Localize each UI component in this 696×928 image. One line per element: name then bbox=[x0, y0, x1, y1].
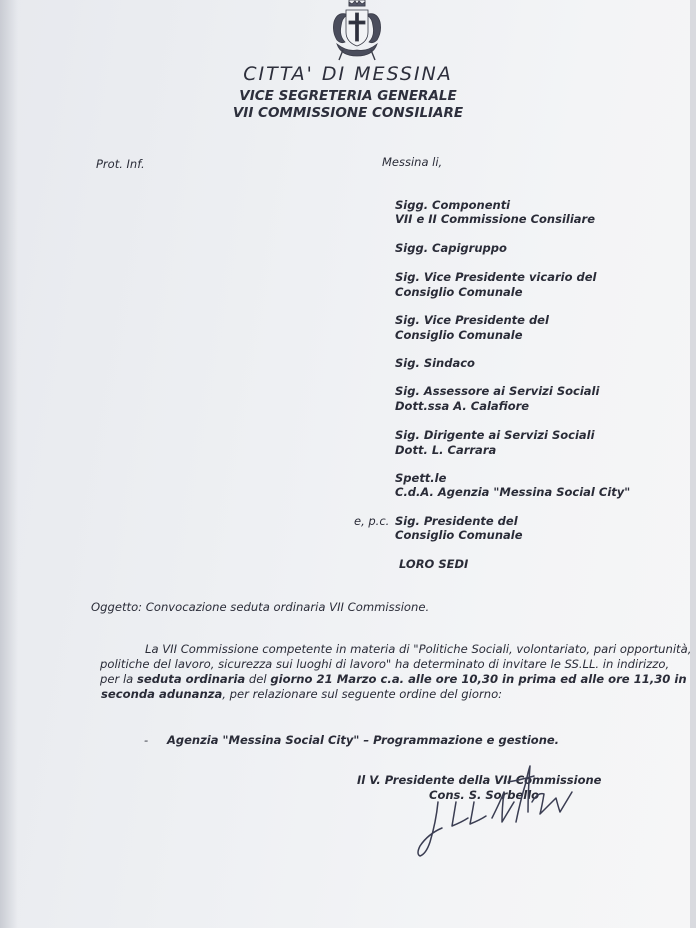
body-line-1: La VII Commissione competente in materia… bbox=[145, 642, 691, 656]
page-shadow-left bbox=[0, 0, 18, 928]
cc-prefix: e, p.c. bbox=[354, 514, 389, 528]
body-line-2: politiche del lavoro, sicurezza sui luog… bbox=[100, 657, 669, 671]
subject-line: Oggetto: Convocazione seduta ordinaria V… bbox=[91, 600, 429, 614]
page-edge-right bbox=[690, 0, 696, 928]
city-coat-of-arms-icon bbox=[329, 0, 385, 62]
cc-line: Sig. Presidente del bbox=[395, 514, 518, 528]
recipient-line: Consiglio Comunale bbox=[395, 328, 523, 342]
recipient-line: Sig. Assessore ai Servizi Sociali bbox=[395, 384, 599, 398]
body-line-4: seconda adunanza, per relazionare sul se… bbox=[101, 687, 502, 701]
recipient-line: Dott. L. Carrara bbox=[395, 443, 496, 457]
recipient-line: VII e II Commissione Consiliare bbox=[395, 212, 595, 226]
recipient-line: Sig. Vice Presidente vicario del bbox=[395, 270, 596, 284]
recipient-line: Spett.le bbox=[395, 471, 446, 485]
recipient-line: Sigg. Capigruppo bbox=[395, 241, 507, 255]
agenda-bullet: - bbox=[144, 733, 148, 747]
agenda-item: Agenzia "Messina Social City" – Programm… bbox=[167, 733, 559, 747]
recipient-line: Consiglio Comunale bbox=[395, 285, 523, 299]
recipient-line: Sig. Sindaco bbox=[395, 356, 475, 370]
handwritten-signature-icon bbox=[408, 762, 588, 862]
loro-sedi: LORO SEDI bbox=[399, 557, 468, 571]
recipient-line: Sig. Vice Presidente del bbox=[395, 313, 549, 327]
office-name: VICE SEGRETERIA GENERALE bbox=[0, 88, 696, 104]
recipient-line: Dott.ssa A. Calafiore bbox=[395, 399, 529, 413]
recipient-line: Sig. Dirigente ai Servizi Sociali bbox=[395, 428, 595, 442]
place-date: Messina li, bbox=[382, 155, 442, 169]
letter-page: CITTA' DI MESSINA VICE SEGRETERIA GENERA… bbox=[0, 0, 696, 928]
recipient-line: C.d.A. Agenzia "Messina Social City" bbox=[395, 485, 630, 499]
cc-line: Consiglio Comunale bbox=[395, 528, 523, 542]
city-name: CITTA' DI MESSINA bbox=[0, 63, 696, 85]
commission-name: VII COMMISSIONE CONSILIARE bbox=[0, 105, 696, 121]
protocol-label: Prot. Inf. bbox=[96, 157, 145, 171]
recipient-line: Sigg. Componenti bbox=[395, 198, 510, 212]
body-line-3: per la seduta ordinaria del giorno 21 Ma… bbox=[100, 672, 687, 686]
